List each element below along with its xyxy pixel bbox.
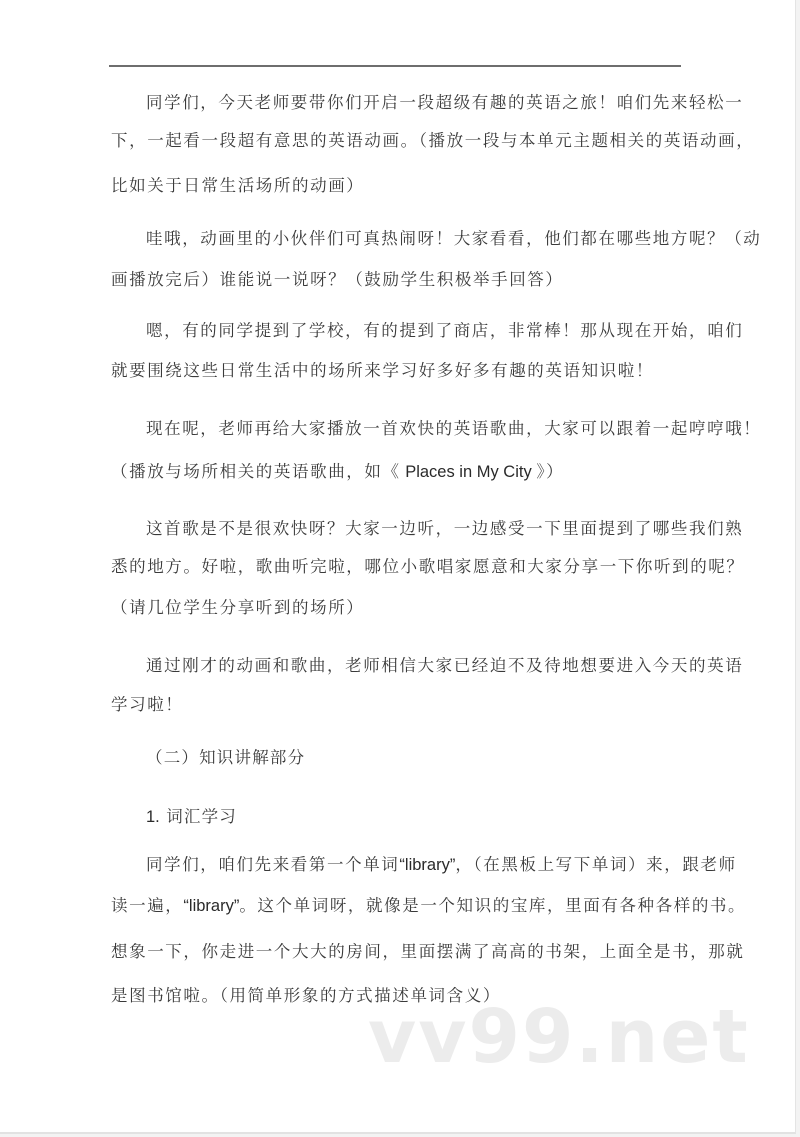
paragraph-line: 嗯，有的同学提到了学校，有的提到了商店，非常棒！那从现在开始，咱们: [146, 321, 743, 341]
subsection-heading: 1. 词汇学习: [146, 807, 237, 827]
paragraph-line: （请几位学生分享听到的场所）: [111, 598, 364, 618]
text-segment: ，（在黑板上写下单词）来，跟老师: [455, 855, 736, 874]
watermark: vv99.net: [368, 997, 750, 1077]
vocabulary-word: “library”: [399, 856, 455, 874]
heading-number: 1.: [146, 808, 160, 826]
text-segment: 。这个单词呀，就像是一个知识的宝库，里面有各种各样的书。: [239, 896, 746, 915]
paragraph-line: 同学们，咱们先来看第一个单词“library”，（在黑板上写下单词）来，跟老师: [146, 855, 737, 875]
vocabulary-word: “library”: [183, 897, 239, 915]
heading-text: 词汇学习: [160, 807, 237, 826]
paragraph-line: 悉的地方。好啦，歌曲听完啦，哪位小歌唱家愿意和大家分享一下你听到的呢？: [111, 557, 745, 577]
text-segment: 》）: [536, 462, 564, 481]
section-heading: （二）知识讲解部分: [146, 748, 305, 768]
text-segment: 读一遍，: [111, 896, 183, 915]
paragraph-line: 哇哦，动画里的小伙伴们可真热闹呀！大家看看，他们都在哪些地方呢？（动: [146, 229, 761, 249]
paragraph-line: 通过刚才的动画和歌曲，老师相信大家已经迫不及待地想要进入今天的英语: [146, 656, 743, 676]
text-segment: 同学们，咱们先来看第一个单词: [146, 855, 399, 874]
paragraph-line: 想象一下，你走进一个大大的房间，里面摆满了高高的书架，上面全是书，那就: [111, 942, 745, 962]
song-title: Places in My City: [401, 463, 537, 481]
paragraph-line: 这首歌是不是很欢快呀？大家一边听，一边感受一下里面提到了哪些我们熟: [146, 519, 743, 539]
paragraph-line: 现在呢，老师再给大家播放一首欢快的英语歌曲，大家可以跟着一起哼哼哦！: [146, 419, 761, 439]
text-segment: （播放与场所相关的英语歌曲，如《: [111, 462, 401, 481]
header-rule: [109, 65, 681, 67]
paragraph-line: 读一遍，“library”。这个单词呀，就像是一个知识的宝库，里面有各种各样的书…: [111, 896, 746, 916]
paragraph-line: 比如关于日常生活场所的动画）: [111, 176, 364, 196]
paragraph-line: 画播放完后）谁能说一说呀？（鼓励学生积极举手回答）: [111, 270, 564, 290]
document-page: 同学们，今天老师要带你们开启一段超级有趣的英语之旅！咱们先来轻松一 下，一起看一…: [0, 0, 796, 1134]
paragraph-line: 下，一起看一段超有意思的英语动画。（播放一段与本单元主题相关的英语动画，: [111, 131, 754, 151]
paragraph-line: （播放与场所相关的英语歌曲，如《 Places in My City 》）: [111, 462, 564, 482]
paragraph-line: 就要围绕这些日常生活中的场所来学习好多好多有趣的英语知识啦！: [111, 361, 654, 381]
paragraph-line: 同学们，今天老师要带你们开启一段超级有趣的英语之旅！咱们先来轻松一: [146, 93, 743, 113]
paragraph-line: 学习啦！: [111, 695, 183, 715]
